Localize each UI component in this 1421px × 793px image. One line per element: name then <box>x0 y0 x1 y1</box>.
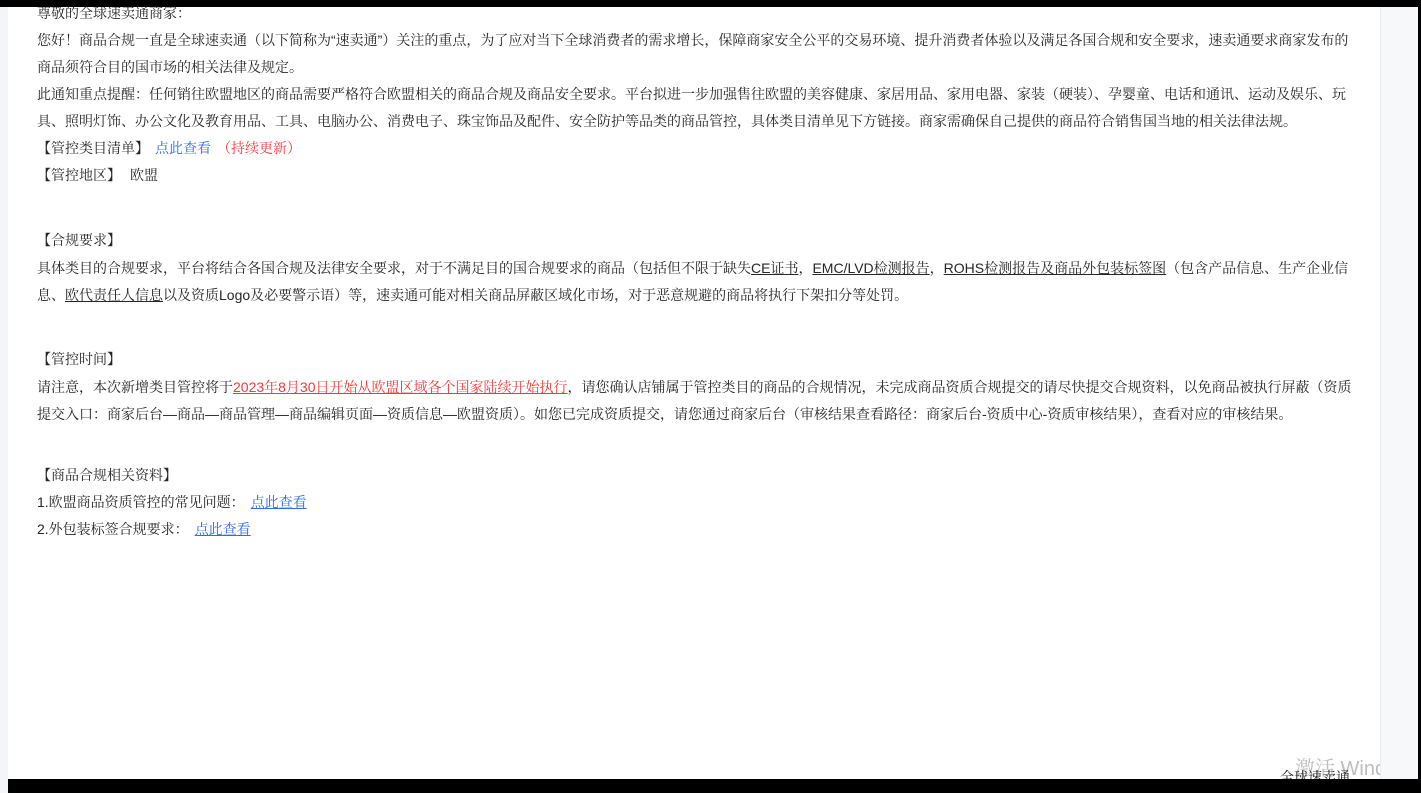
window-edge-top <box>0 0 1421 7</box>
resource-item-label: 1.欧盟商品资质管控的常见问题： <box>37 494 245 510</box>
category-list-note: （持续更新） <box>217 140 301 156</box>
category-list-line: 【管控类目清单】点此查看（持续更新） <box>37 135 1358 162</box>
requirements-heading: 【合规要求】 <box>37 227 1358 254</box>
timing-heading: 【管控时间】 <box>37 346 1358 373</box>
enforcement-date-highlight: 2023年8月30日开始从欧盟区域各个国家陆续开始执行 <box>233 379 568 395</box>
eu-representative-info-link[interactable]: 欧代责任人信息 <box>65 287 163 303</box>
rohs-report-label-link[interactable]: ROHS检测报告及商品外包装标签图 <box>944 260 1166 276</box>
timing-section: 【管控时间】 请注意，本次新增类目管控将于2023年8月30日开始从欧盟区域各个… <box>37 346 1358 428</box>
requirements-paragraph: 具体类目的合规要求，平台将结合各国合规及法律安全要求，对于不满足目的国合规要求的… <box>37 255 1358 309</box>
window-edge-bottom <box>8 779 1418 793</box>
requirements-text: ， <box>798 260 812 276</box>
notice-page: 尊敬的全球速卖通商家： 您好！商品合规一直是全球速卖通（以下简称为“速卖通”）关… <box>37 0 1358 543</box>
region-line: 【管控地区】欧盟 <box>37 162 1358 189</box>
requirements-section: 【合规要求】 具体类目的合规要求，平台将结合各国合规及法律安全要求，对于不满足目… <box>37 227 1358 309</box>
emc-lvd-report-link[interactable]: EMC/LVD检测报告 <box>812 260 929 276</box>
resource-item: 1.欧盟商品资质管控的常见问题：点此查看 <box>37 489 1358 516</box>
resources-section: 【商品合规相关资料】 1.欧盟商品资质管控的常见问题：点此查看 2.外包装标签合… <box>37 462 1358 543</box>
category-list-heading: 【管控类目清单】 <box>37 140 149 156</box>
window-edge-left <box>0 7 8 793</box>
requirements-text: 具体类目的合规要求，平台将结合各国合规及法律安全要求，对于不满足目的国合规要求的… <box>37 260 751 276</box>
right-side-panel <box>1380 7 1418 779</box>
timing-paragraph: 请注意，本次新增类目管控将于2023年8月30日开始从欧盟区域各个国家陆续开始执… <box>37 374 1358 428</box>
category-list-link[interactable]: 点此查看 <box>155 140 211 156</box>
timing-text: 请注意，本次新增类目管控将于 <box>37 379 233 395</box>
region-value: 欧盟 <box>130 167 158 183</box>
faq-link[interactable]: 点此查看 <box>251 494 307 510</box>
notice-paragraph: 此通知重点提醒：任何销往欧盟地区的商品需要严格符合欧盟相关的商品合规及商品安全要… <box>37 81 1358 135</box>
region-heading: 【管控地区】 <box>37 167 121 183</box>
resource-item-label: 2.外包装标签合规要求： <box>37 521 189 537</box>
packaging-label-link[interactable]: 点此查看 <box>195 521 251 537</box>
requirements-text: ， <box>930 260 944 276</box>
ce-certificate-link[interactable]: CE证书 <box>751 260 798 276</box>
resources-heading: 【商品合规相关资料】 <box>37 462 1358 489</box>
resource-item: 2.外包装标签合规要求：点此查看 <box>37 516 1358 543</box>
requirements-text: 以及资质Logo及必要警示语）等，速卖通可能对相关商品屏蔽区域化市场，对于恶意规… <box>163 287 908 303</box>
intro-paragraph: 您好！商品合规一直是全球速卖通（以下简称为“速卖通”）关注的重点，为了应对当下全… <box>37 27 1358 81</box>
